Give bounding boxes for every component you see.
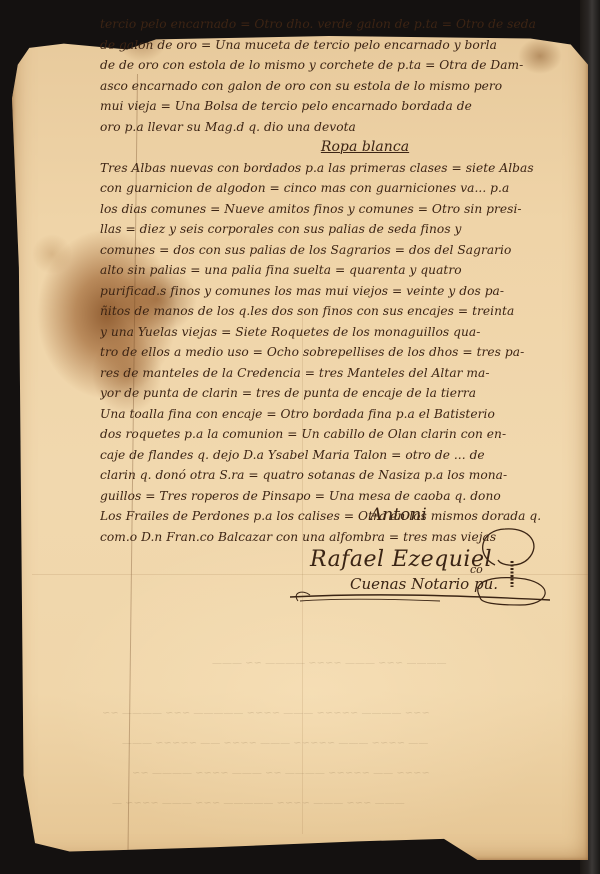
text-line: purificad.s finos y comunes los mas mui … xyxy=(100,281,570,302)
text-line: clarin q. donó otra S.ra = quatro sotana… xyxy=(100,465,570,486)
text-line: de de oro con estola de lo mismo y corch… xyxy=(100,55,570,76)
text-line: comunes = dos con sus palias de los Sagr… xyxy=(100,240,570,261)
text-line: Tres Albas nuevas con bordados p.a las p… xyxy=(100,158,570,179)
signature-block: Antoni Rafael Ezequiel co Cuenas Notario… xyxy=(280,505,560,610)
text-line: con guarnicion de algodon = cinco mas co… xyxy=(100,178,570,199)
text-line: ñitos de manos de los q.les dos son fino… xyxy=(100,301,570,322)
bleed-through-text: ———— ~~~ ——— ~~~~ ———— ~~ ——— xyxy=(212,654,446,674)
bleed-through-text: —— ~~~~ ——— ~~~~~ ——— ~~~~ —— ~~~~~ ——— xyxy=(122,734,428,754)
text-line: res de manteles de la Credencia = tres M… xyxy=(100,363,570,384)
text-line: mui vieja = Una Bolsa de tercio pelo enc… xyxy=(100,96,570,117)
manuscript-text: tercio pelo encarnado = Otro dho. verde … xyxy=(100,14,570,547)
text-line: caje de flandes q. dejo D.a Ysabel Maria… xyxy=(100,445,570,466)
signature-name: Rafael Ezequiel xyxy=(310,547,492,572)
bleed-through-text: ~~~ ———— ~~~~~ ——— ~~~~ ————— ~~~ ———— ~… xyxy=(102,704,430,724)
text-line: llas = diez y seis corporales con sus pa… xyxy=(100,219,570,240)
text-line: dos roquetes p.a la comunion = Un cabill… xyxy=(100,424,570,445)
text-line: yor de punta de clarin = tres de punta d… xyxy=(100,383,570,404)
bleed-through-text: ——— ~~~ ——— ~~~~ ————— ~~~ ——— ~~~~ — xyxy=(112,794,405,814)
text-line: alto sin palias = una palia fina suelta … xyxy=(100,260,570,281)
text-line: oro p.a llevar su Mag.d q. dio una devot… xyxy=(100,117,570,138)
text-line: Una toalla fina con encaje = Otro bordad… xyxy=(100,404,570,425)
signature-title: Cuenas Notario pu. xyxy=(350,575,498,593)
signature-first-name: Antoni xyxy=(370,505,427,525)
text-line: y una Yuelas viejas = Siete Roquetes de … xyxy=(100,322,570,343)
text-line: tercio pelo encarnado = Otro dho. verde … xyxy=(100,14,570,35)
section-heading: Ropa blanca xyxy=(160,137,570,158)
text-line: los dias comunes = Nueve amitos finos y … xyxy=(100,199,570,220)
text-line: guillos = Tres roperos de Pinsapo = Una … xyxy=(100,486,570,507)
text-line: asco encarnado con galon de oro con su e… xyxy=(100,76,570,97)
text-line: tro de ellos a medio uso = Ocho sobrepel… xyxy=(100,342,570,363)
text-line: de galon de oro = Una muceta de tercio p… xyxy=(100,35,570,56)
bleed-through-text: ~~~~ —— ~~~~~ ———— ~~ ——— ~~~~ ———— ~~ xyxy=(132,764,430,784)
